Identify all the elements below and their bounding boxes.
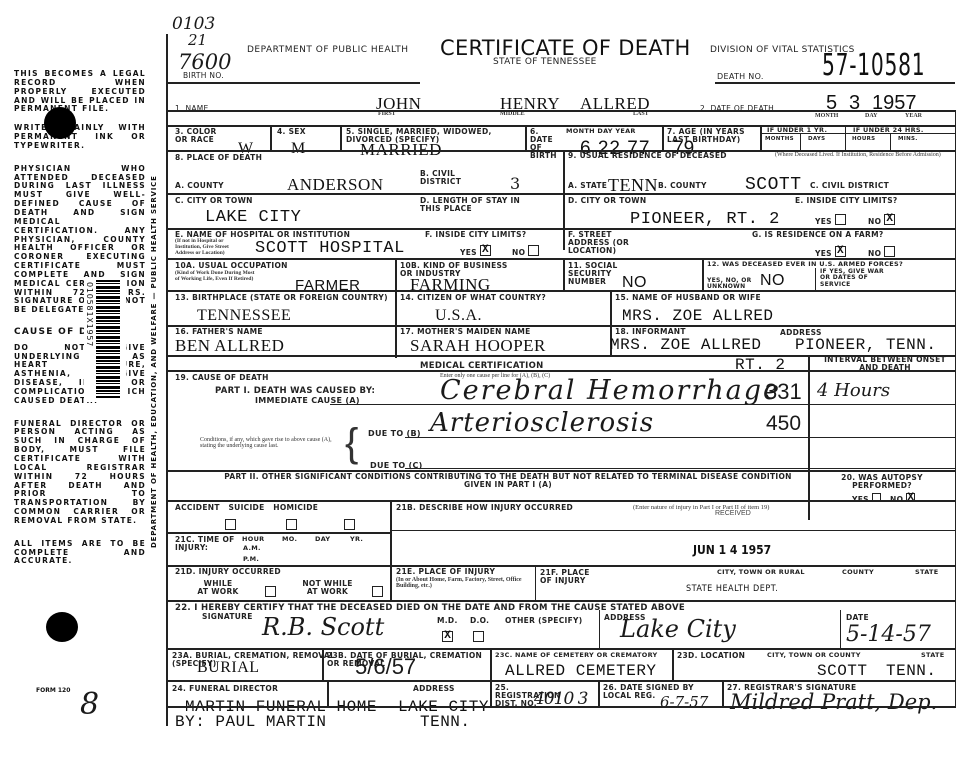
name-label: 1. NAME — [175, 105, 209, 113]
residence-city-label: D. CITY OR TOWN — [568, 197, 646, 205]
md-label: M.D. — [437, 617, 458, 625]
funeral-address-label: ADDRESS — [413, 685, 455, 693]
birth-date-header: MONTH DAY YEAR — [566, 128, 636, 135]
cemetery-value: ALLRED CEMETERY — [505, 663, 657, 679]
birthplace-label: 13. BIRTHPLACE (State or Foreign Country… — [175, 294, 388, 302]
mo-label: MO. — [282, 536, 297, 543]
sidebar-instructions: THIS BECOMES A LEGAL RECORD WHEN PROPERL… — [14, 70, 146, 566]
day-label: DAY — [315, 536, 330, 543]
suicide-label: SUICIDE — [228, 503, 264, 512]
birth-number-value: 7600 — [178, 52, 231, 73]
city-label: C. CITY OR TOWN — [175, 197, 253, 205]
sex-label: 4. SEX — [277, 128, 306, 136]
burial-location-label: 23D. LOCATION — [677, 652, 745, 660]
birth-number-label: BIRTH NO. — [183, 72, 224, 80]
funeral-note: FUNERAL DIRECTOR OR PERSON ACTING AS SUC… — [14, 420, 146, 526]
place-f-label: 21F. PLACE OF INJURY — [540, 569, 595, 585]
do-label: D.O. — [470, 617, 489, 625]
death-number-label: DEATH NO. — [717, 73, 764, 81]
funeral-address-line2: TENN. — [420, 714, 471, 730]
mins-label: MINS. — [898, 137, 918, 143]
immediate-cause-value: Cerebral Hemorrhage — [440, 377, 781, 404]
signature-label: SIGNATURE — [202, 613, 253, 621]
burial-location-value: SCOTT — [817, 663, 868, 679]
date-year-label: YEAR — [905, 113, 922, 119]
name-middle-label: MIDDLE — [500, 111, 525, 117]
physician-note: PHYSICIAN WHO ATTENDED DECEASED DURING L… — [14, 165, 146, 315]
checkbox-yes[interactable] — [835, 214, 846, 225]
days-label: DAYS — [808, 137, 825, 143]
civil-district-label: B. CIVIL DISTRICT — [420, 170, 490, 186]
part-1-label: PART I. DEATH WAS CAUSED BY: — [215, 387, 375, 396]
residence-civil-label: C. CIVIL DISTRICT — [810, 182, 889, 190]
cause-note: DO NOT GIVE UNDERLYING SUCH AS HEART FAI… — [14, 344, 146, 406]
cemetery-label: 23C. NAME OF Cemetery or Crematory — [495, 652, 658, 659]
armed-forces-label: 12. WAS DECEASED EVER IN U.S. ARMED FORC… — [707, 261, 903, 268]
residence-state-value: TENN — [608, 176, 658, 194]
hours-label: HOURS — [852, 137, 875, 143]
injury-state-label: STATE — [915, 569, 939, 576]
birth-date-label: 6. DATE OF BIRTH — [530, 128, 564, 160]
injury-type-label: ACCIDENT SUICIDE HOMICIDE — [175, 504, 318, 512]
physician-address: Lake City — [620, 617, 736, 641]
residence-limits-no[interactable]: NO X — [868, 211, 895, 229]
date-label: DATE — [846, 614, 869, 622]
funeral-by: BY: PAUL MARTIN — [175, 714, 327, 730]
injury-county-label: COUNTY — [842, 569, 874, 576]
legal-record-note: THIS BECOMES A LEGAL RECORD WHEN PROPERL… — [14, 70, 146, 114]
date-of-death-label: 2. DATE OF DEATH — [700, 105, 774, 113]
occupation-note: (Kind of Work Done During Most of Workin… — [175, 271, 257, 283]
date-signed-value: 6-7-57 — [660, 695, 708, 710]
physician-signature: R.B. Scott — [262, 615, 384, 639]
birthplace-value: TENNESSEE — [197, 308, 291, 324]
residence-county-value: SCOTT — [745, 176, 802, 194]
armed-forces-value: NO — [760, 273, 785, 289]
burial-method-value: BURIAL — [197, 660, 260, 676]
pm-label: P.M. — [243, 556, 259, 563]
not-while-at-work-label: NOT WHILE AT WORK — [300, 580, 355, 596]
accident-label: ACCIDENT — [175, 503, 220, 512]
armed-forces-sub: YES, NO, OR UNKNOWN — [707, 278, 759, 291]
checkbox-no[interactable] — [884, 246, 895, 257]
barcode-number: 010581X1957 — [85, 282, 94, 347]
mother-value: SARAH HOOPER — [410, 337, 546, 354]
punch-hole-bottom — [46, 612, 78, 642]
ssn-value: NO — [622, 275, 647, 291]
checkbox-yes[interactable]: X — [480, 245, 491, 256]
while-at-work-checkbox[interactable] — [265, 583, 276, 601]
injury-occurred-label: 21D. INJURY OCCURRED — [175, 568, 281, 576]
date-of-death-day: 3 — [849, 92, 860, 115]
residence-county-label: B. COUNTY — [658, 182, 707, 190]
cause-of-death-label: 19. CAUSE OF DEATH — [175, 374, 269, 382]
residence-state-label: A. STATE — [568, 182, 607, 190]
state-label: STATE OF TENNESSEE — [493, 58, 597, 67]
citizen-value: U.S.A. — [435, 308, 482, 324]
informant-value: MRS. ZOE ALLRED — [610, 337, 762, 353]
street-address-label: F. STREET ADDRESS (OR LOCATION) — [568, 231, 648, 255]
civil-district-value: 3 — [510, 176, 520, 192]
barcode: 010581X1957 — [84, 278, 126, 402]
city-value: LAKE CITY — [205, 209, 301, 226]
length-of-stay-label: D. LENGTH OF STAY IN THIS PLACE — [420, 197, 535, 213]
date-received-stamp: JUN 1 4 1957 — [693, 543, 771, 557]
other-specify-label: OTHER (SPECIFY) — [505, 617, 583, 625]
department-label: DEPARTMENT OF PUBLIC HEALTH — [247, 46, 409, 55]
death-number-value: 57-10581 — [822, 48, 925, 83]
county-value: ANDERSON — [287, 176, 384, 193]
city-rural-label: CITY, TOWN OR RURAL — [717, 569, 805, 576]
due-to-b-code: 450 — [766, 413, 801, 434]
father-label: 16. FATHER'S NAME — [175, 328, 263, 336]
funeral-director-label: 24. FUNERAL DIRECTOR — [172, 685, 278, 693]
months-label: MONTHS — [765, 137, 794, 143]
autopsy-no[interactable]: NO X — [890, 489, 915, 507]
checkbox-no[interactable] — [528, 245, 539, 256]
informant-label: 18. INFORMANT — [615, 328, 686, 336]
handwritten-mark: 8 — [80, 690, 99, 720]
burial-date-value: 5/6/57 — [355, 656, 416, 678]
file-number-2: 21 — [188, 33, 207, 48]
immediate-cause-code: 331 — [765, 381, 802, 403]
war-service-label: IF YES, GIVE WAR OR DATES OF SERVICE — [820, 269, 890, 288]
date-day-label: DAY — [865, 113, 877, 119]
describe-injury-label: 21B. DESCRIBE HOW INJURY OCCURRED — [396, 504, 573, 512]
place-of-death-label: 8. PLACE OF DEATH — [175, 154, 262, 162]
residence-limits-label: E. INSIDE CITY LIMITS? — [795, 197, 898, 205]
name-first-label: FIRST — [378, 111, 396, 117]
am-label: A.M. — [243, 545, 261, 552]
place-of-injury-note: (In or About Home, Farm, Factory, Street… — [396, 577, 536, 590]
state-health-dept-stamp: STATE HEALTH DEPT. — [686, 584, 778, 594]
conditions-brace: { — [345, 423, 358, 463]
form-number: FORM 120 — [36, 687, 70, 694]
citizen-label: 14. CITIZEN OF WHAT COUNTRY? — [400, 294, 546, 302]
yr-label: YR. — [350, 536, 363, 543]
barcode-bars — [96, 280, 120, 398]
all-items-note: ALL ITEMS ARE TO BE COMPLETE AND ACCURAT… — [14, 540, 146, 567]
checkbox-no[interactable]: X — [884, 214, 895, 225]
registrar-signature: Mildred Pratt, Dep. — [730, 692, 937, 713]
hospital-value: SCOTT HOSPITAL — [255, 240, 405, 257]
burial-state-value: TENN. — [886, 663, 937, 679]
not-while-at-work-checkbox[interactable] — [372, 583, 383, 601]
place-of-injury-label: 21E. PLACE OF INJURY — [396, 568, 495, 576]
spouse-label: 15. NAME OF HUSBAND OR WIFE — [615, 294, 761, 302]
interval-a-value: 4 Hours — [817, 382, 890, 400]
do-checkbox[interactable] — [473, 628, 484, 646]
part-2-label: PART II. OTHER SIGNIFICANT CONDITIONS CO… — [213, 473, 803, 489]
farm-label: G. IS RESIDENCE ON A FARM? — [752, 231, 884, 239]
md-checkbox[interactable]: X — [442, 628, 453, 646]
autopsy-label: 20. WAS AUTOPSY PERFORMED? — [822, 474, 942, 490]
received-stamp: RECEIVED — [715, 510, 751, 517]
checkbox-yes[interactable]: X — [835, 246, 846, 257]
homicide-label: HOMICIDE — [273, 503, 318, 512]
autopsy-yes[interactable]: YES — [852, 489, 881, 507]
burial-location-sub: CITY, TOWN OR COUNTY — [767, 652, 861, 659]
hospital-note: (If not in Hospital or Institution, Give… — [175, 239, 247, 256]
sex-value: M — [291, 141, 306, 157]
certification-date: 5-14-57 — [846, 624, 931, 646]
spouse-value: MRS. ZOE ALLRED — [622, 308, 774, 324]
burial-state-label: STATE — [921, 652, 945, 659]
while-at-work-label: WHILE AT WORK — [197, 580, 239, 596]
father-value: BEN ALLRED — [175, 337, 284, 354]
name-last-label: LAST — [633, 111, 649, 117]
date-of-death-year: 1957 — [872, 92, 917, 115]
residence-limits-yes[interactable]: YES — [815, 211, 846, 229]
write-plainly-note: WRITE PLAINLY WITH PERMANENT INK OR TYPE… — [14, 124, 146, 151]
vertical-department-label: DEPARTMENT OF HEALTH, EDUCATION, AND WEL… — [150, 175, 158, 548]
conditions-note: Conditions, if any, which gave rise to a… — [200, 437, 340, 450]
occupation-label: 10A. USUAL OCCUPATION — [175, 262, 288, 270]
residence-label: 9. USUAL RESIDENCE OF DECEASED — [568, 152, 727, 160]
residence-city-value: PIONEER, RT. 2 — [630, 211, 780, 228]
mother-label: 17. MOTHER'S MAIDEN NAME — [400, 328, 531, 336]
date-month-label: MONTH — [815, 113, 838, 119]
informant-address-value: PIONEER, TENN. — [795, 337, 936, 353]
inside-city-limits-label: F. INSIDE CITY LIMITS? — [425, 231, 526, 239]
county-label: A. COUNTY — [175, 182, 224, 190]
residence-note: (Where Deceased Lived. If Institution, R… — [775, 152, 955, 158]
cause-heading-note: CAUSE OF DEATH. — [14, 327, 146, 338]
hour-label: HOUR — [242, 536, 264, 543]
due-to-b-value: Arteriosclerosis — [430, 410, 654, 436]
time-of-injury-label: 21C. TIME OF INJURY: — [175, 536, 235, 552]
color-label: 3. COLOR OR RACE — [175, 128, 230, 144]
punch-hole-top — [44, 107, 76, 139]
date-of-death-month: 5 — [826, 92, 837, 115]
